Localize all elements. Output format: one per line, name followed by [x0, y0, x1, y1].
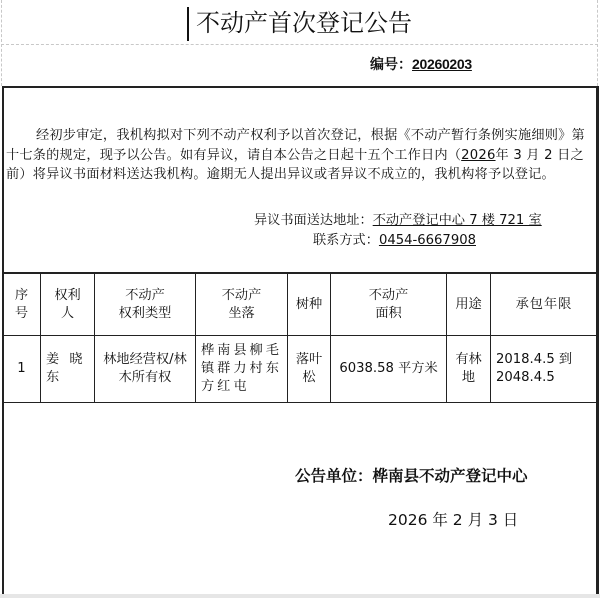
header-location: 不动产坐落: [196, 274, 288, 336]
objection-address-value: 不动产登记中心 7 楼 721 室: [373, 213, 542, 228]
cell-term: 2018.4.5 到2048.4.5: [491, 336, 598, 403]
cell-usage: 有林地: [447, 336, 491, 403]
deadline-year: 2026: [461, 148, 495, 163]
cell-right-type: 林地经营权/林木所有权: [95, 336, 196, 403]
objection-address-label: 异议书面送达地址：: [254, 213, 373, 228]
cell-seq: 1: [3, 336, 41, 403]
header-seq: 序号: [3, 274, 41, 336]
term-start: 2018.4.5 到: [496, 352, 572, 367]
cell-area: 6038.58 平方米: [331, 336, 447, 403]
header-area: 不动产面积: [331, 274, 447, 336]
cell-tree-species: 落叶松: [288, 336, 331, 403]
registration-table: 序号 权利人 不动产权利类型 不动产坐落 树种 不动产面积 用途 承包年限 1 …: [2, 273, 598, 403]
header-term: 承包年限: [491, 274, 598, 336]
text-cursor: [187, 7, 189, 41]
header-tree-species: 树种: [288, 274, 331, 336]
objection-address: 异议书面送达地址：不动产登记中心 7 楼 721 室: [254, 211, 542, 231]
cell-holder: 姜 晓 东: [41, 336, 95, 403]
contact-phone: 0454-6667908: [379, 233, 476, 248]
header-usage: 用途: [447, 274, 491, 336]
notice-title[interactable]: 不动产首次登记公告: [196, 6, 412, 40]
frame-shadow: [0, 594, 600, 598]
cell-location: 桦南县柳毛镇群力村东方红屯: [196, 336, 288, 403]
page-guide-divider: [1, 44, 598, 45]
table-row: 1 姜 晓 东 林地经营权/林木所有权 桦南县柳毛镇群力村东方红屯 落叶松 60…: [3, 336, 598, 403]
term-end: 2048.4.5: [496, 370, 555, 385]
issue-date: 2026 年 2 月 3 日: [388, 508, 518, 532]
issuer: 公告单位：桦南县不动产登记中心: [295, 464, 528, 488]
contact-info: 联系方式：0454-6667908: [313, 231, 476, 251]
table-header-row: 序号 权利人 不动产权利类型 不动产坐落 树种 不动产面积 用途 承包年限: [3, 274, 598, 336]
serial-value: 20260203: [412, 56, 472, 72]
header-holder: 权利人: [41, 274, 95, 336]
serial-label: 编号：: [370, 57, 412, 73]
notice-paragraph: 经初步审定，我机构拟对下列不动产权利予以首次登记，根据《不动产暂行条例实施细则》…: [6, 126, 594, 185]
contact-label: 联系方式：: [313, 233, 379, 248]
serial-number: 编号：20260203: [370, 53, 472, 76]
title-row: 不动产首次登记公告: [0, 0, 600, 44]
header-right-type: 不动产权利类型: [95, 274, 196, 336]
